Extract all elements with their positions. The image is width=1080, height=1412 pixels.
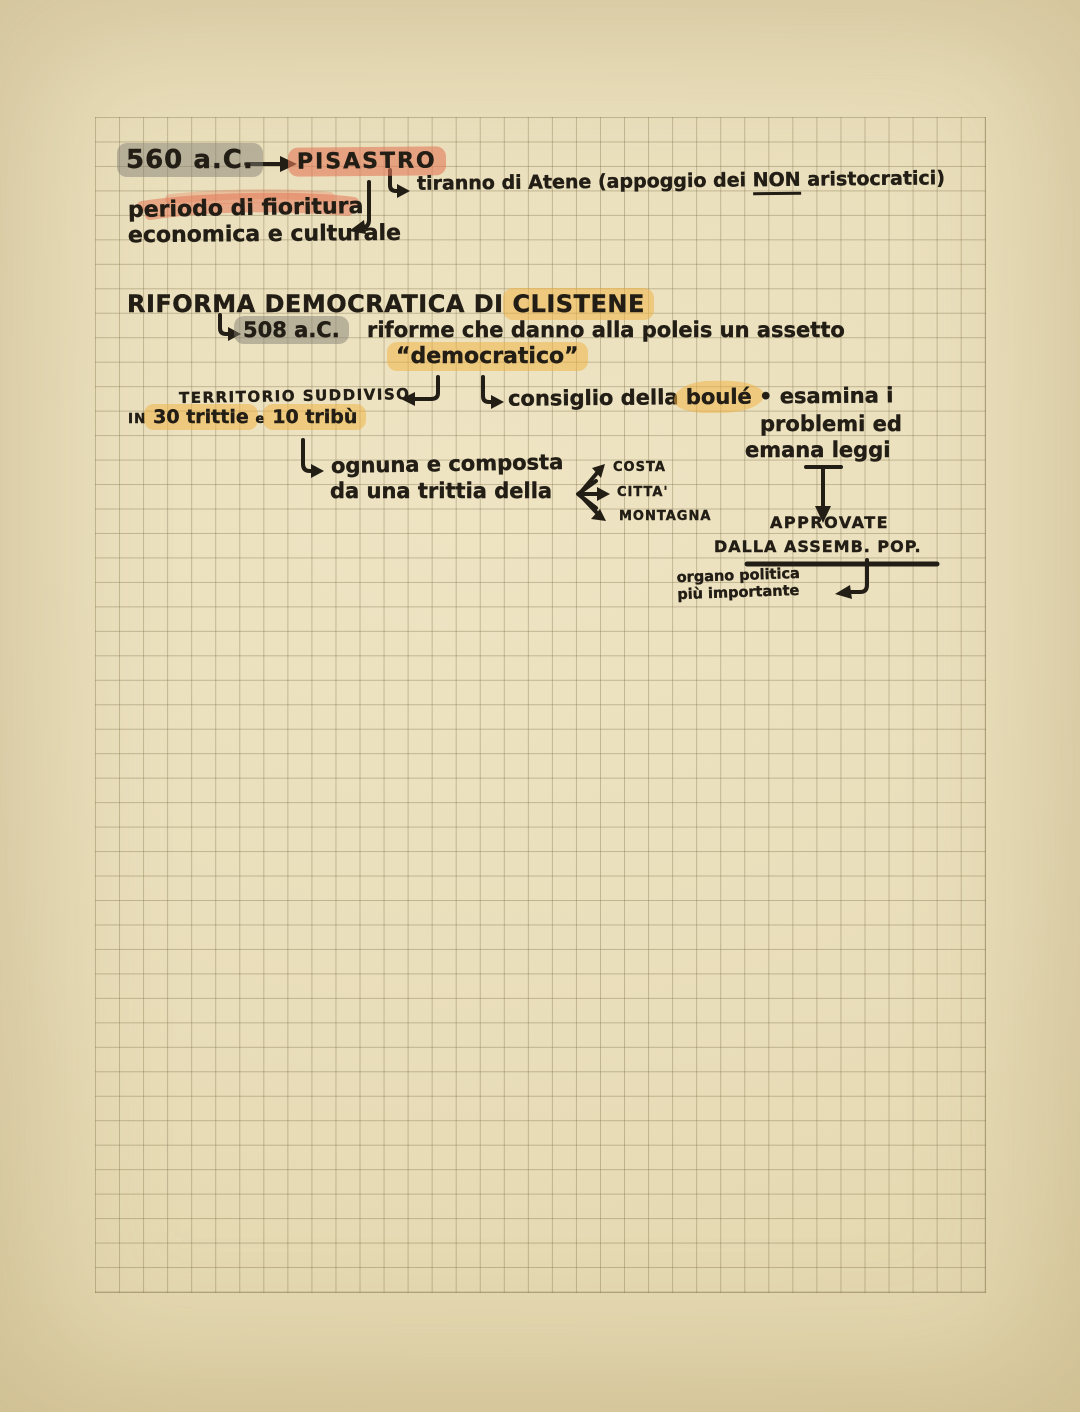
boule-line2: problemi ed [760,413,902,436]
flourish-line1: periodo di fioritura [128,195,364,223]
flourish-line2: economica e culturale [128,222,401,249]
tyrant-non-underlined: NON [753,169,801,196]
reform-description: riforme che danno alla poleis un assetto [367,318,845,342]
date-560: 560 a.C. [126,146,254,175]
tyrant-pre: tiranno di Atene (appoggio dei [417,169,746,194]
territory-tribu: 10 tribù [263,404,366,430]
reform-title-name: CLISTENE [503,288,653,320]
branch-citta: CITTA' [617,486,668,500]
reform-title: RIFORMA DEMOCRATICA DI CLISTENE [127,291,645,317]
pisistratus-name: PISASTRO [297,149,437,174]
notes-page: 560 a.C. PISASTRO tiranno di Atene (appo… [0,0,1080,1412]
boule-pre: consiglio della [508,385,679,410]
trittia-line2: da una trittia della [330,480,552,503]
democratic-word-text: “democratico” [387,342,588,371]
reform-date-line: 508 a.C. riforme che danno alla poleis u… [243,319,845,342]
boule-line3: emana leggi [745,439,890,462]
organ-note: organo politica più importante [676,566,800,605]
trittia-line1: ognuna e composta [331,451,564,478]
branch-costa: COSTA [613,461,666,475]
boule-post: • esamina i [759,383,894,408]
territory-line2: IN 30 trittie e 10 tribù [128,407,357,428]
approved-assemb-pop: ASSEMB. POP. [784,537,922,556]
boule-line: consiglio della boulé • esamina i [508,384,894,410]
tyrant-post: aristocratici) [807,167,945,190]
date-560-text: 560 a.C. [117,143,263,177]
territory-trittie: 30 trittie [144,404,258,430]
reform-date: 508 a.C. [234,316,349,344]
approved-dalla: DALLA [714,537,777,556]
branch-montagna: MONTAGNA [619,510,711,524]
reform-title-pre: RIFORMA DEMOCRATICA DI [127,290,504,318]
democratic-word: “democratico” [396,345,579,369]
approved-line2: DALLA ASSEMB. POP. [714,538,922,556]
approved-line1: APPROVATE [770,514,889,532]
boule-word: boulé [674,380,764,413]
